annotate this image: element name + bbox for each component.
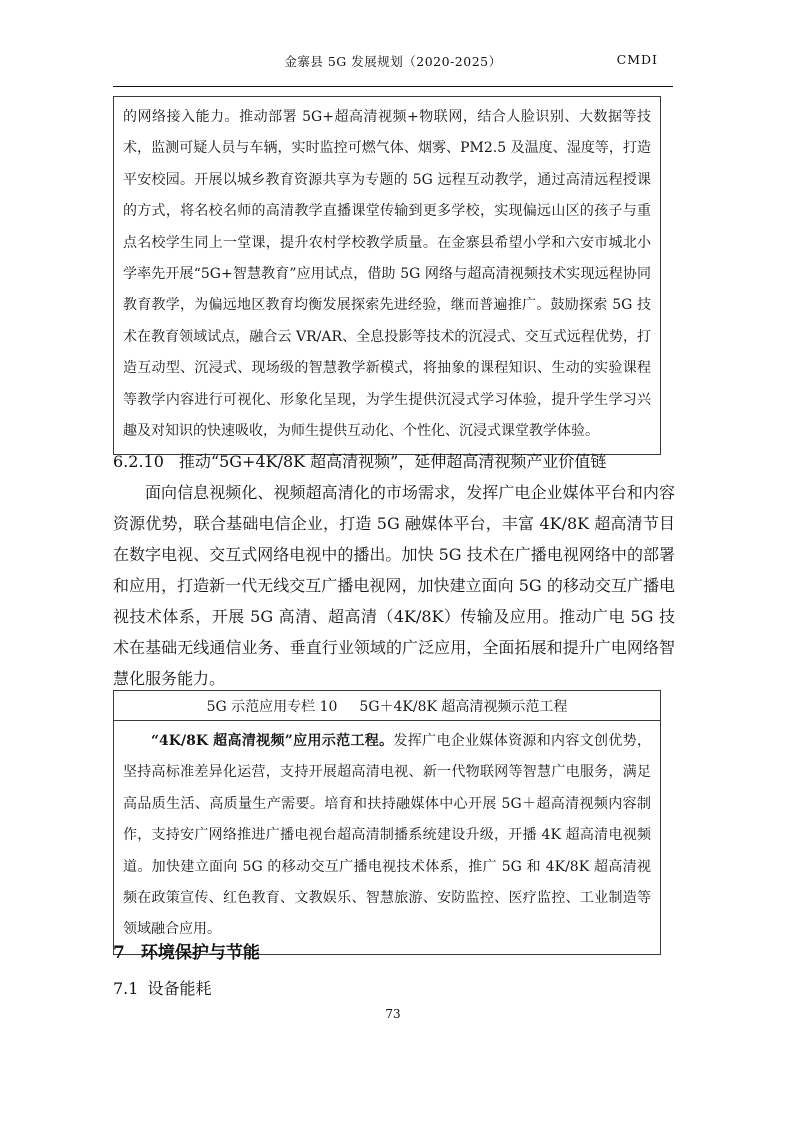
- section-title: 设备能耗: [147, 979, 211, 998]
- feature-box-zhuanlan-10: 5G 示范应用专栏 105G＋4K/8K 超高清视频示范工程 “4K/8K 超高…: [113, 690, 661, 955]
- section-title: 环境保护与节能: [141, 943, 260, 963]
- section-title: 推动“5G+4K/8K 超高清视频”，延伸超高清视频产业价值链: [179, 452, 606, 471]
- feature-box-lead-bold: “4K/8K 超高清视频”应用示范工程。: [151, 733, 393, 749]
- section-6-2-10-paragraph: 面向信息视频化、视频超高清化的市场需求，发挥广电企业媒体平台和内容资源优势，联合…: [113, 477, 675, 694]
- header-divider-rule: [113, 86, 673, 87]
- header-org-label: CMDI: [617, 52, 658, 67]
- feature-box-label: 5G 示范应用专栏 10: [207, 699, 338, 715]
- section-heading-7: 7环境保护与节能: [113, 938, 260, 963]
- section-number: 6.2.10: [113, 452, 164, 471]
- page-number: 73: [113, 1007, 673, 1021]
- continuation-text: 的网络接入能力。推动部署 5G+超高清视频+物联网，结合人脸识别、大数据等技术，…: [123, 109, 651, 439]
- feature-box-header: 5G 示范应用专栏 105G＋4K/8K 超高清视频示范工程: [114, 691, 660, 721]
- continuation-text-box: 的网络接入能力。推动部署 5G+超高清视频+物联网，结合人脸识别、大数据等技术，…: [113, 96, 661, 455]
- header-doc-title: 金寨县 5G 发展规划（2020-2025）: [113, 52, 673, 70]
- section-heading-7-1: 7.1设备能耗: [113, 976, 211, 999]
- section-number: 7.1: [113, 979, 138, 998]
- section-number: 7: [113, 943, 125, 963]
- feature-box-body-text: 发挥广电企业媒体资源和内容文创优势，坚持高标准差异化运营，支持开展超高清电视、新…: [123, 733, 651, 937]
- feature-box-title: 5G＋4K/8K 超高清视频示范工程: [359, 699, 567, 715]
- feature-box-body: “4K/8K 超高清视频”应用示范工程。发挥广电企业媒体资源和内容文创优势，坚持…: [114, 721, 660, 954]
- document-page: { "header": { "doc_title": "金寨县 5G 发展规划（…: [0, 0, 793, 1122]
- section-heading-6-2-10: 6.2.10推动“5G+4K/8K 超高清视频”，延伸超高清视频产业价值链: [113, 449, 678, 472]
